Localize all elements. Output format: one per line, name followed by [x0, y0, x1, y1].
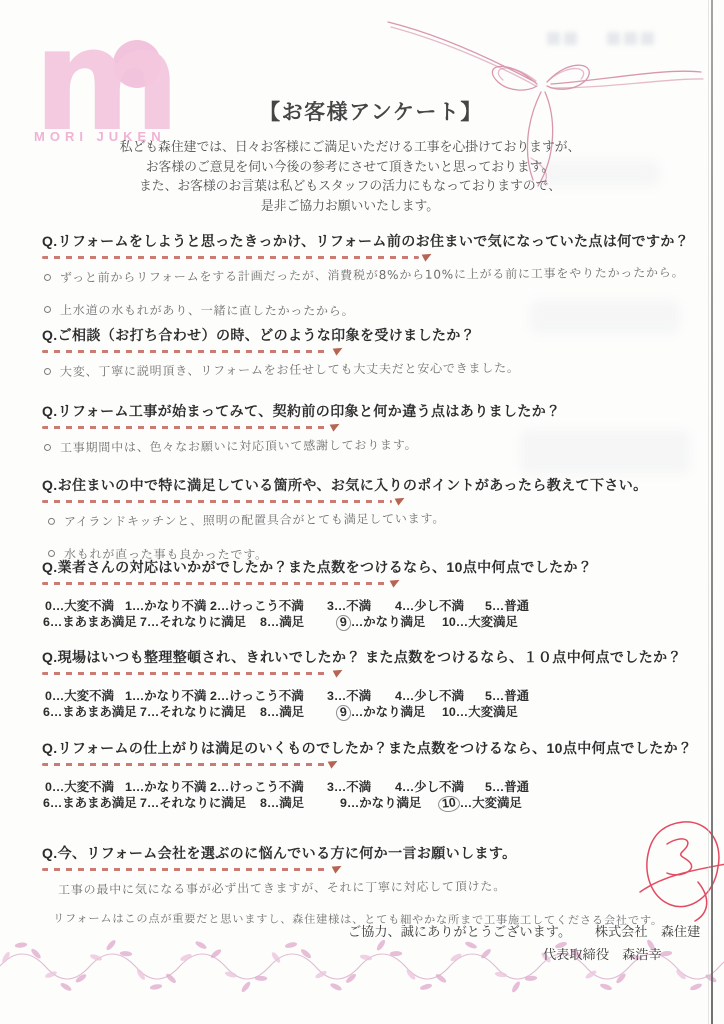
rating-item: 6…まあまあ満足: [43, 612, 137, 630]
vine-leaf: [494, 971, 507, 978]
dashed-underline: [42, 256, 419, 259]
score-label: …それなりに満足: [147, 615, 246, 629]
handwritten-answer: 大変、丁寧に説明頂き、リフォームをお任せしても大丈夫だと安心できました。: [42, 357, 702, 382]
score-label: …不満: [334, 599, 371, 613]
score-label: …少し不満: [402, 599, 464, 613]
rating-row: 6…まあまあ満足7…それなりに満足8…満足9…かなり満足10…大変満足: [42, 612, 702, 628]
score-number: 1: [125, 689, 132, 703]
score-number: 0: [45, 599, 52, 613]
question-block: Q.今、リフォーム会社を選ぶのに悩んでいる方に何か一言お願いします。工事の最中に…: [42, 843, 702, 928]
score-label: …かなり不満: [132, 689, 206, 703]
score-label: …大変不満: [52, 599, 114, 613]
score-label: …まあまあ満足: [50, 615, 137, 629]
bleed-through-ghost-text: [545, 30, 695, 72]
score-label: …まあまあ満足: [50, 796, 137, 810]
score-label: …けっこう不満: [217, 689, 304, 703]
underline-arrow-tip: [332, 862, 344, 873]
question-block: Q.リフォーム工事が始まってみて、契約前の印象と何か違う点はありましたか？工事期…: [42, 401, 702, 458]
rating-item: 8…満足: [260, 793, 304, 811]
score-number: 6: [43, 615, 50, 629]
score-number: 8: [260, 615, 267, 629]
score-label: …かなり不満: [132, 780, 206, 794]
score-number: 6: [43, 705, 50, 719]
score-label: …普通: [492, 780, 529, 794]
intro-line: お客様のご意見を伺い今後の参考にさせて頂きたいと思っております。: [40, 157, 660, 177]
question-text: Q.業者さんの対応はいかがでしたか？また点数をつけるなら、10点中何点でしたか？: [42, 557, 702, 577]
rating-scale: 0…大変不満1…かなり不満2…けっこう不満3…不満4…少し不満5…普通6…まあま…: [42, 596, 702, 628]
rating-item: 9…かなり満足: [340, 612, 425, 631]
rating-item: 6…まあまあ満足: [43, 702, 137, 720]
score-number: 5: [485, 780, 492, 794]
vine-leaf: [44, 970, 57, 979]
rating-item: 9…かなり満足: [340, 702, 425, 721]
score-label: …まあまあ満足: [50, 705, 137, 719]
underline-arrow-tip: [422, 250, 434, 261]
score-label: …かなり満足: [347, 796, 421, 810]
vine-leaf: [284, 941, 297, 949]
score-label: …普通: [492, 689, 529, 703]
rating-item: 7…それなりに満足: [140, 702, 246, 720]
score-label: …かなり満足: [351, 705, 425, 719]
score-label: …けっこう不満: [217, 599, 304, 613]
vine-leaf: [689, 982, 702, 991]
score-label: …満足: [267, 705, 304, 719]
score-number: 5: [485, 599, 492, 613]
question-block: Q.現場はいつも整理整頓され、きれいでしたか？ また点数をつけるなら、１０点中何…: [42, 647, 702, 718]
score-label: …大変満足: [456, 615, 518, 629]
underline-arrow-tip: [333, 344, 345, 355]
score-number: 2: [210, 599, 217, 613]
question-text: Q.リフォームの仕上がりは満足のいくものでしたか？また点数をつけるなら、10点中…: [42, 738, 702, 758]
score-number: 1: [125, 780, 132, 794]
question-block: Q.ご相談（お打ち合わせ）の時、どのような印象を受けましたか？大変、丁寧に説明頂…: [42, 325, 702, 382]
scan-edge-line: [711, 0, 713, 1024]
score-number: 0: [45, 689, 52, 703]
score-label: …大変不満: [52, 689, 114, 703]
score-label: …大変満足: [460, 796, 522, 810]
company-name: 株式会社 森住建: [595, 924, 701, 939]
vine-leaf: [599, 982, 612, 991]
dashed-underline: [42, 763, 325, 766]
score-label: …かなり不満: [132, 599, 206, 613]
vine-leaf: [105, 939, 117, 952]
score-number: 10: [442, 705, 456, 719]
question-block: Q.リフォームをしようと思ったきっかけ、リフォーム前のお住まいで気になっていた点…: [42, 231, 702, 320]
score-label: …けっこう不満: [217, 780, 304, 794]
score-label: …大変不満: [52, 780, 114, 794]
score-number: 7: [140, 705, 147, 719]
vine-leaf: [511, 980, 522, 993]
rating-row: 0…大変不満1…かなり不満2…けっこう不満3…不満4…少し不満5…普通: [42, 777, 702, 793]
score-number: 7: [140, 796, 147, 810]
question-text: Q.現場はいつも整理整頓され、きれいでしたか？ また点数をつけるなら、１０点中何…: [42, 647, 702, 667]
question-text: Q.リフォームをしようと思ったきっかけ、リフォーム前のお住まいで気になっていた点…: [42, 231, 702, 251]
vine-leaf: [255, 976, 267, 981]
rating-item: 10…大変満足: [442, 793, 522, 812]
score-label: …それなりに満足: [147, 796, 246, 810]
score-label: …それなりに満足: [147, 705, 246, 719]
question-text: Q.リフォーム工事が始まってみて、契約前の印象と何か違う点はありましたか？: [42, 401, 702, 421]
question-text: Q.今、リフォーム会社を選ぶのに悩んでいる方に何か一言お願いします。: [42, 843, 702, 863]
circled-score-number: 9: [335, 614, 351, 631]
intro-line: 是非ご協力お願いいたします。: [40, 196, 660, 216]
circled-score-number: 9: [335, 704, 351, 721]
rating-item: 7…それなりに満足: [140, 612, 246, 630]
handwritten-answer: 工事の最中に気になる事が必ず出てきますが、それに丁寧に対応して頂けた。: [58, 875, 702, 900]
rating-item: 7…それなりに満足: [140, 793, 246, 811]
rating-row: 0…大変不満1…かなり不満2…けっこう不満3…不満4…少し不満5…普通: [42, 596, 702, 612]
score-number: 5: [485, 689, 492, 703]
score-number: 4: [395, 689, 402, 703]
score-label: …少し不満: [402, 780, 464, 794]
handwritten-answer: アイランドキッチンと、照明の配置具合がとても満足しています。: [42, 507, 702, 532]
score-number: 2: [210, 689, 217, 703]
rating-row: 6…まあまあ満足7…それなりに満足8…満足9…かなり満足10…大変満足: [42, 793, 702, 809]
rating-row: 0…大変不満1…かなり不満2…けっこう不満3…不満4…少し不満5…普通: [42, 686, 702, 702]
circled-score-number: 10: [437, 795, 460, 813]
vine-leaf: [149, 983, 162, 990]
handwritten-answer: 工事期間中は、色々なお願いに対応頂いて感謝しております。: [42, 433, 702, 458]
question-block: Q.業者さんの対応はいかがでしたか？また点数をつけるなら、10点中何点でしたか？…: [42, 557, 702, 628]
score-number: 3: [327, 689, 334, 703]
rating-item: 10…大変満足: [442, 612, 518, 630]
score-number: 4: [395, 780, 402, 794]
vine-leaf: [675, 968, 687, 980]
score-number: 8: [260, 796, 267, 810]
vine-leaf: [240, 980, 252, 993]
question-text: Q.お住まいの中で特に満足している箇所や、お気に入りのポイントがあったら教えて下…: [42, 475, 702, 495]
underline-arrow-tip: [395, 494, 407, 505]
rating-scale: 0…大変不満1…かなり不満2…けっこう不満3…不満4…少し不満5…普通6…まあま…: [42, 777, 702, 809]
score-number: 7: [140, 615, 147, 629]
score-number: 0: [45, 780, 52, 794]
dashed-underline: [42, 868, 329, 871]
score-number: 4: [395, 599, 402, 613]
rating-item: 8…満足: [260, 702, 304, 720]
score-label: …満足: [267, 796, 304, 810]
vine-leaf: [210, 948, 223, 960]
question-text: Q.ご相談（お打ち合わせ）の時、どのような印象を受けましたか？: [42, 325, 702, 345]
vine-leaf: [464, 940, 477, 949]
score-number: 2: [210, 780, 217, 794]
vine-leaf: [194, 940, 207, 950]
rating-item: 8…満足: [260, 612, 304, 630]
closing-thanks-line: ご協力、誠にありがとうございます。 株式会社 森住建: [348, 921, 700, 940]
score-label: …不満: [334, 780, 371, 794]
page-title: 【お客様アンケート】: [0, 96, 724, 126]
rating-item: 10…大変満足: [442, 702, 518, 720]
dashed-underline: [42, 500, 392, 503]
vine-leaf: [584, 969, 597, 980]
question-block: Q.リフォームの仕上がりは満足のいくものでしたか？また点数をつけるなら、10点中…: [42, 738, 702, 809]
closing-thanks: ご協力、誠にありがとうございます。: [348, 924, 571, 939]
score-label: …かなり満足: [351, 615, 425, 629]
survey-scan-page: m MORI JUKEN 【お客様アンケート】 私ども森住建では、日々お客様にご…: [0, 0, 724, 1024]
score-label: …普通: [492, 599, 529, 613]
question-block: Q.お住まいの中で特に満足している箇所や、お気に入りのポイントがあったら教えて下…: [42, 475, 702, 564]
underline-arrow-tip: [333, 666, 345, 677]
intro-paragraph: 私ども森住建では、日々お客様にご満足いただける工事を心掛けておりますが、 お客様…: [40, 137, 660, 215]
rating-scale: 0…大変不満1…かなり不満2…けっこう不満3…不満4…少し不満5…普通6…まあま…: [42, 686, 702, 718]
dashed-underline: [42, 426, 327, 429]
representative-name: 代表取締役 森浩幸: [543, 944, 662, 963]
vine-leaf: [419, 983, 432, 991]
intro-line: また、お客様のお言葉は私どもスタッフの活力にもなっておりますので、: [40, 176, 660, 196]
rating-item: 6…まあまあ満足: [43, 793, 137, 811]
score-label: …大変満足: [456, 705, 518, 719]
handwritten-answer: ずっと前からリフォームをする計画だったが、消費税が8%から10%に上がる前に工事…: [42, 263, 702, 288]
underline-arrow-tip: [328, 757, 340, 768]
intro-line: 私ども森住建では、日々お客様にご満足いただける工事を心掛けておりますが、: [40, 137, 660, 157]
score-label: …不満: [334, 689, 371, 703]
score-number: 8: [260, 705, 267, 719]
dashed-underline: [42, 350, 330, 353]
score-label: …満足: [267, 615, 304, 629]
score-label: …少し不満: [402, 689, 464, 703]
score-number: 3: [327, 780, 334, 794]
handwritten-answer: 上水道の水もれがあり、一緒に直したかったから。: [42, 301, 702, 322]
vine-leaf: [329, 982, 342, 992]
dashed-underline: [42, 582, 387, 585]
vine-leaf: [314, 969, 327, 979]
rating-row: 6…まあまあ満足7…それなりに満足8…満足9…かなり満足10…大変満足: [42, 702, 702, 718]
vine-leaf: [15, 942, 28, 948]
score-number: 9: [340, 796, 347, 810]
dashed-underline: [42, 672, 330, 675]
underline-arrow-tip: [390, 576, 402, 587]
vine-leaf: [59, 981, 72, 992]
score-number: 6: [43, 796, 50, 810]
score-number: 10: [442, 615, 456, 629]
scan-edge-shadow: [708, 0, 709, 1024]
vine-leaf: [375, 939, 386, 952]
score-number: 3: [327, 599, 334, 613]
score-number: 1: [125, 599, 132, 613]
rating-item: 9…かなり満足: [340, 793, 421, 811]
underline-arrow-tip: [330, 420, 342, 431]
